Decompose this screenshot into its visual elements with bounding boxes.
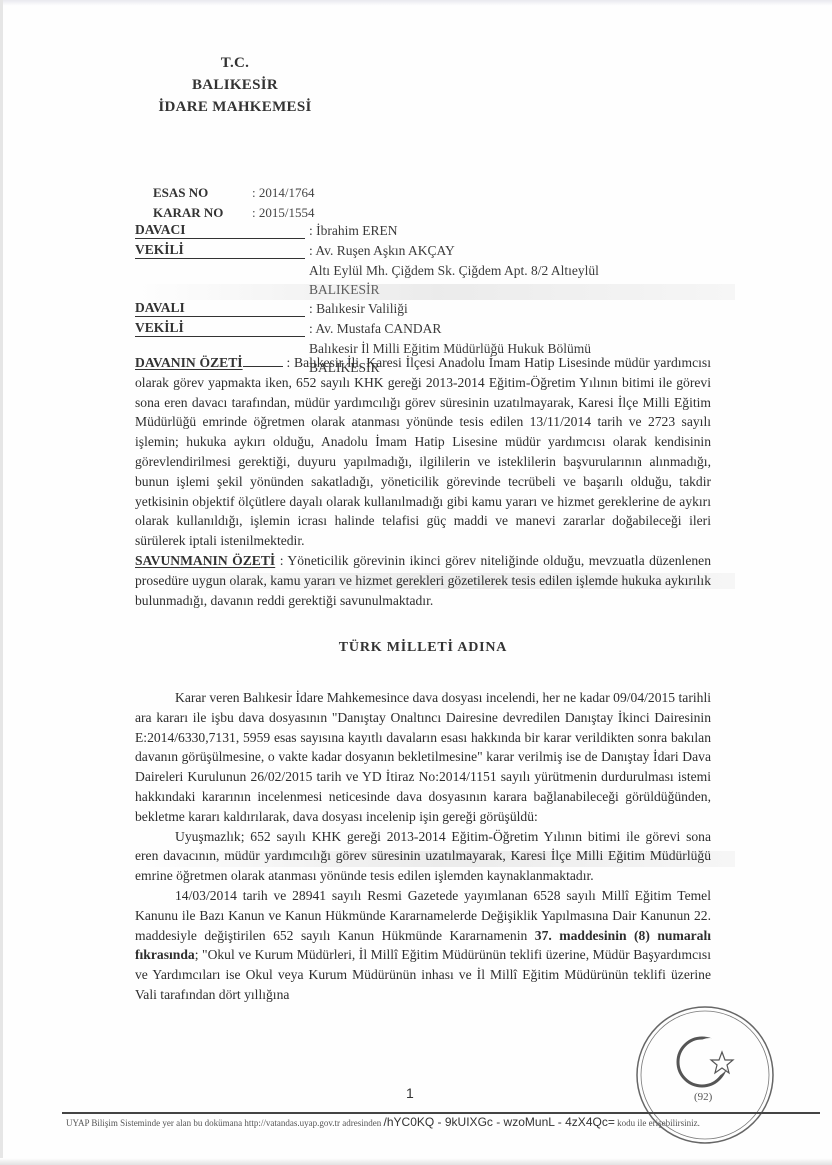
davali-vekil-value: : Av. Mustafa CANDAR (305, 319, 441, 339)
davali-vekil-label: VEKİLİ (135, 319, 305, 337)
davaci-vekil-row: VEKİLİ : Av. Ruşen Aşkın AKÇAY (135, 241, 715, 261)
esas-label: ESAS NO (153, 183, 252, 203)
footer-divider (62, 1112, 820, 1114)
davanin-ozeti: DAVANIN ÖZETİ : Balıkesir İli, Karesi İl… (135, 353, 711, 551)
esas-value: : 2014/1764 (252, 183, 314, 203)
stamp-inner-text: (92) (694, 1091, 713, 1103)
section-title: TÜRK MİLLETİ ADINA (135, 640, 711, 656)
savunmanin-ozeti: SAVUNMANIN ÖZETİ : Yöneticilik görevinin… (135, 551, 711, 610)
header-tc: T.C. (140, 52, 330, 74)
access-code: /hYC0KQ - 9kUIXGc - wzoMunL - 4zX4Qc= (384, 1115, 615, 1129)
scan-top-edge (0, 0, 832, 6)
davaci-row: DAVACI : İbrahim EREN (135, 221, 715, 241)
label-underline (243, 356, 283, 367)
paragraph: Uyuşmazlık; 652 sayılı KHK gereği 2013-2… (135, 827, 711, 886)
savunmanin-ozeti-label: SAVUNMANIN ÖZETİ (135, 553, 275, 568)
scan-left-edge (0, 0, 3, 1165)
decision-body: Karar veren Balıkesir İdare Mahkemesince… (135, 688, 711, 1005)
header-court: İDARE MAHKEMESİ (140, 96, 330, 118)
esas-row: ESAS NO : 2014/1764 (153, 183, 314, 203)
davaci-vekil-value: : Av. Ruşen Aşkın AKÇAY (305, 241, 455, 261)
summary-sections: DAVANIN ÖZETİ : Balıkesir İli, Karesi İl… (135, 353, 711, 610)
law-text-after: ; "Okul ve Kurum Müdürleri, İl Millî Eği… (135, 947, 711, 1002)
davaci-value: : İbrahim EREN (305, 221, 397, 241)
case-numbers: ESAS NO : 2014/1764 KARAR NO : 2015/1554 (153, 183, 314, 223)
scan-bottom-edge (0, 1158, 832, 1165)
paragraph: Karar veren Balıkesir İdare Mahkemesince… (135, 688, 711, 827)
header-city: BALIKESİR (140, 74, 330, 96)
karar-row: KARAR NO : 2015/1554 (153, 203, 314, 223)
davaci-vekil-label: VEKİLİ (135, 241, 305, 259)
document-page: T.C. BALIKESİR İDARE MAHKEMESİ ESAS NO :… (0, 0, 832, 1165)
davali-value: : Balıkesir Valiliği (305, 299, 408, 319)
footer: UYAP Bilişim Sisteminde yer alan bu dokü… (66, 1115, 700, 1129)
court-header: T.C. BALIKESİR İDARE MAHKEMESİ (140, 52, 330, 118)
karar-label: KARAR NO (153, 203, 252, 223)
davaci-label: DAVACI (135, 221, 305, 239)
davali-vekil-row: VEKİLİ : Av. Mustafa CANDAR (135, 319, 715, 339)
davali-row: DAVALI : Balıkesir Valiliği (135, 299, 715, 319)
page-number: 1 (406, 1085, 414, 1101)
footer-prefix: UYAP Bilişim Sisteminde yer alan bu dokü… (66, 1118, 381, 1128)
davali-label: DAVALI (135, 299, 305, 317)
karar-value: : 2015/1554 (252, 203, 314, 223)
davanin-ozeti-label: DAVANIN ÖZETİ (135, 355, 243, 370)
davanin-ozeti-text: : Balıkesir İli, Karesi İlçesi Anadolu İ… (135, 355, 711, 548)
davaci-vekil-address2: BALIKESİR (135, 280, 715, 299)
davaci-vekil-address1: Altı Eylül Mh. Çiğdem Sk. Çiğdem Apt. 8/… (135, 261, 715, 280)
law-paragraph: 14/03/2014 tarih ve 28941 sayılı Resmi G… (135, 886, 711, 1005)
footer-suffix: kodu ile erişebilirsiniz. (617, 1118, 700, 1128)
